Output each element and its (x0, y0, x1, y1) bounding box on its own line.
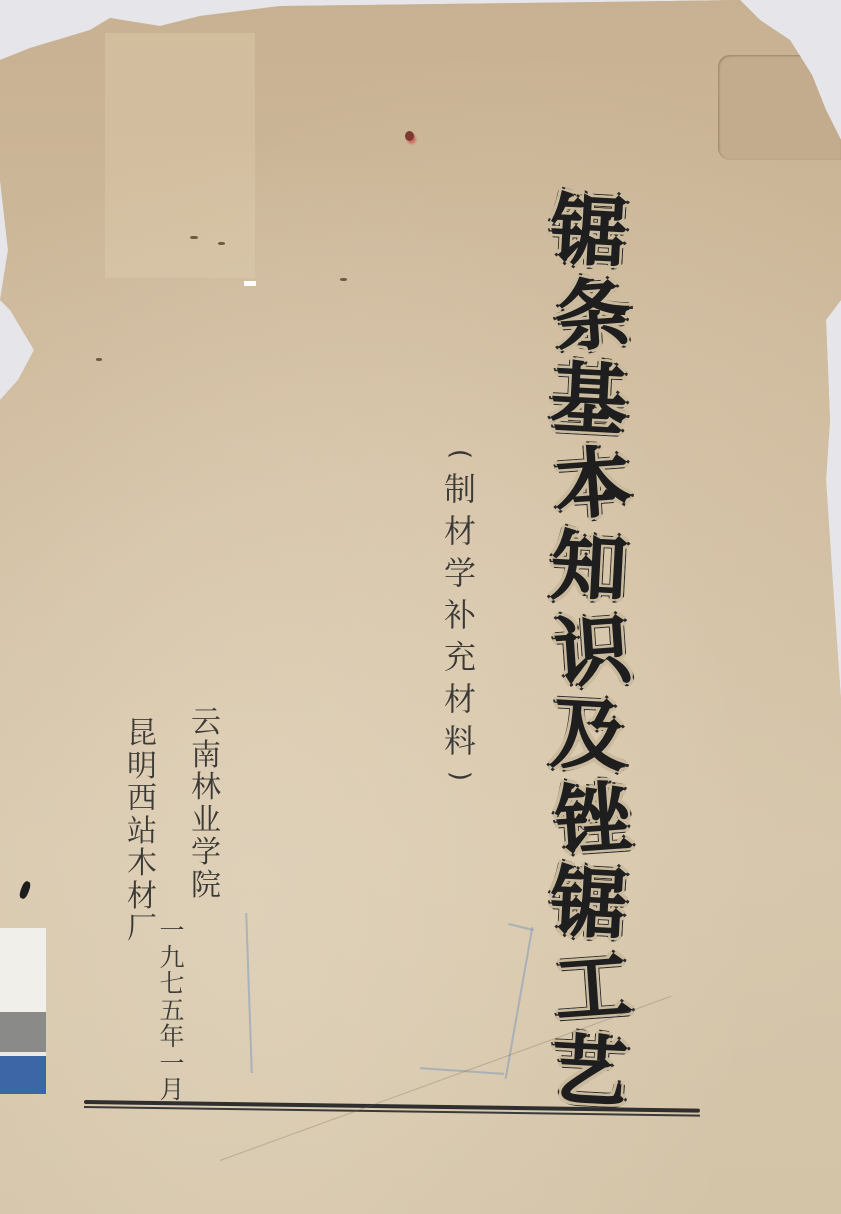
ink-speck (190, 236, 198, 239)
date-char: 一 (159, 918, 184, 945)
title-char: 条 (552, 271, 634, 360)
ink-speck (340, 278, 347, 281)
date-char: 一 (159, 1051, 184, 1078)
date-char: 年 (159, 1024, 184, 1051)
red-stain (405, 131, 414, 141)
org-char: 西 (127, 783, 157, 816)
publication-date: 一 九 七 五 年 一 月 (152, 918, 192, 1104)
faded-patch (105, 33, 255, 278)
date-char: 九 (159, 945, 184, 972)
org-char: 林 (191, 772, 221, 805)
title-char: 基 (549, 356, 629, 444)
ink-speck (96, 358, 102, 361)
org-char: 业 (191, 805, 221, 838)
title-char: 及 (549, 692, 629, 780)
org-char: 学 (191, 837, 221, 870)
close-parenthesis: ) (446, 771, 474, 781)
date-char: 五 (159, 998, 184, 1025)
title-char: 锉 (552, 775, 634, 864)
publisher-sawmill: 昆 明 西 站 木 材 厂 (120, 718, 164, 946)
label-blue-band (0, 1056, 46, 1094)
ink-speck (218, 242, 225, 245)
folded-corner (718, 55, 841, 160)
org-char: 院 (191, 870, 221, 903)
title-char: 锯 (549, 860, 629, 948)
white-mark (244, 281, 256, 286)
subtitle-char: 料 (444, 720, 476, 762)
open-parenthesis: ( (446, 449, 474, 459)
cover-title: 锯 条 基 本 知 识 及 锉 锯 工 艺 (528, 190, 658, 1114)
title-char: 艺 (549, 1028, 629, 1116)
subtitle-char: 材 (444, 678, 476, 720)
title-char: 工 (552, 943, 634, 1032)
cover-subtitle: ( 制 材 学 补 充 材 料 ) (432, 440, 488, 790)
label-grey-band (0, 1012, 46, 1052)
subtitle-char: 学 (444, 552, 476, 594)
subtitle-char: 材 (444, 510, 476, 552)
title-char: 锯 (549, 188, 629, 276)
title-char: 知 (549, 524, 629, 612)
org-char: 明 (127, 751, 157, 784)
publisher-university: 云 南 林 业 学 院 (183, 707, 229, 902)
org-char: 昆 (127, 718, 157, 751)
org-char: 云 (191, 707, 221, 740)
org-char: 木 (127, 848, 157, 881)
date-char: 七 (159, 971, 184, 998)
org-char: 材 (127, 881, 157, 914)
org-char: 南 (191, 740, 221, 773)
title-char: 本 (552, 439, 634, 528)
org-char: 站 (127, 816, 157, 849)
title-char: 识 (552, 607, 634, 696)
label-white-section (0, 928, 46, 1012)
cover-paper: 锯 条 基 本 知 识 及 锉 锯 工 艺 ( 制 材 学 补 充 材 料 ) … (0, 0, 841, 1214)
subtitle-char: 制 (444, 468, 476, 510)
subtitle-char: 充 (444, 636, 476, 678)
subtitle-char: 补 (444, 594, 476, 636)
date-char: 月 (159, 1077, 184, 1104)
library-label (0, 928, 46, 1094)
